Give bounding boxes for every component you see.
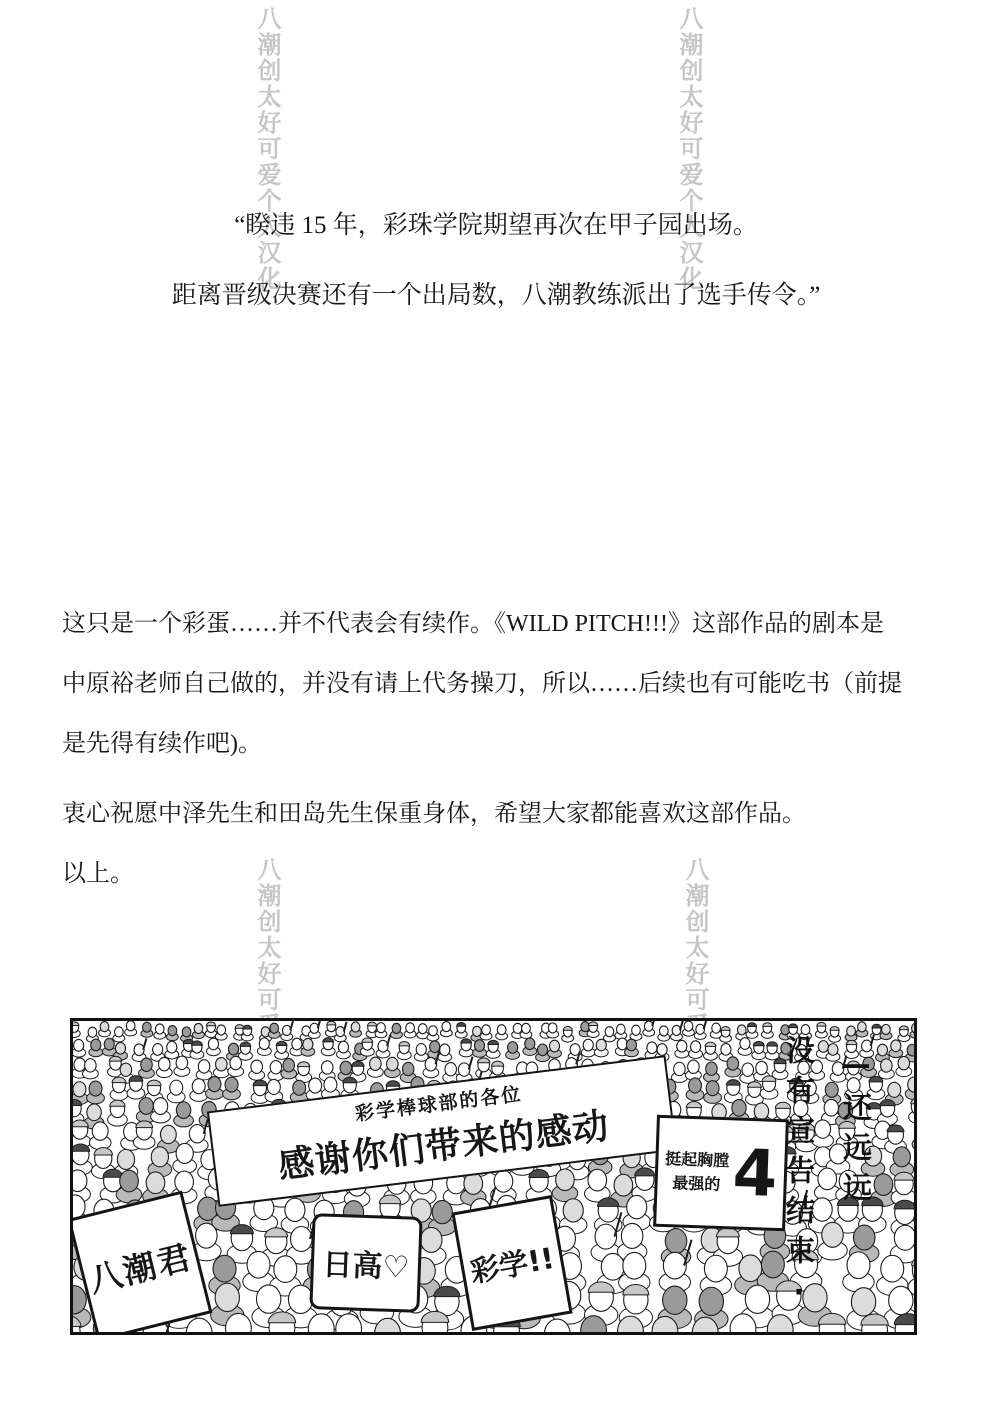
number-sign-digit: 4 [732, 1141, 779, 1207]
afterword-line: 中原裕老师自己做的，并没有请上代务操刀，所以……后续也有可能吃书（前提 [62, 663, 902, 698]
afterword-line: 这只是一个彩蛋……并不代表会有续作。《WILD PITCH!!!》这部作品的剧本… [62, 603, 884, 638]
vertical-caption-left: 没有宣告结束· [779, 1035, 820, 1320]
quote-line-2: 距离晋级决赛还有一个出局数，八潮教练派出了选手传令。” [0, 275, 992, 311]
fan-sign-saigaku: 彩学!! [451, 1195, 572, 1331]
number-sign-line-1: 挺起胸膛 [665, 1147, 730, 1173]
watermark-text: 八潮创太好可爱个人汉化 [672, 6, 707, 292]
manga-afterword-page: 八潮创太好可爱个人汉化 八潮创太好可爱个人汉化 八潮创太好可爱个人汉化 八潮创太… [0, 0, 992, 1403]
watermark-text: 八潮创太好可爱个人汉化 [250, 6, 285, 292]
vertical-caption-right: —还远远 [836, 1047, 877, 1212]
afterword-line: 是先得有续作吧)。 [62, 723, 262, 758]
number-sign-line-2: 最强的 [664, 1171, 729, 1197]
fan-sign-hidaka: 日高♡ [309, 1213, 422, 1313]
afterword-line: 衷心祝愿中泽先生和田岛先生保重身体，希望大家都能喜欢这部作品。 [62, 793, 806, 828]
afterword-line: 以上。 [62, 853, 134, 888]
manga-crowd-panel: 彩学棒球部的各位 感谢你们带来的感动 挺起胸膛 最强的 4 —还远远 没有宣告结… [70, 1018, 917, 1335]
quote-line-1: “睽违 15 年，彩珠学院期望再次在甲子园出场。 [0, 205, 992, 241]
number-4-sign: 挺起胸膛 最强的 4 [653, 1115, 789, 1232]
